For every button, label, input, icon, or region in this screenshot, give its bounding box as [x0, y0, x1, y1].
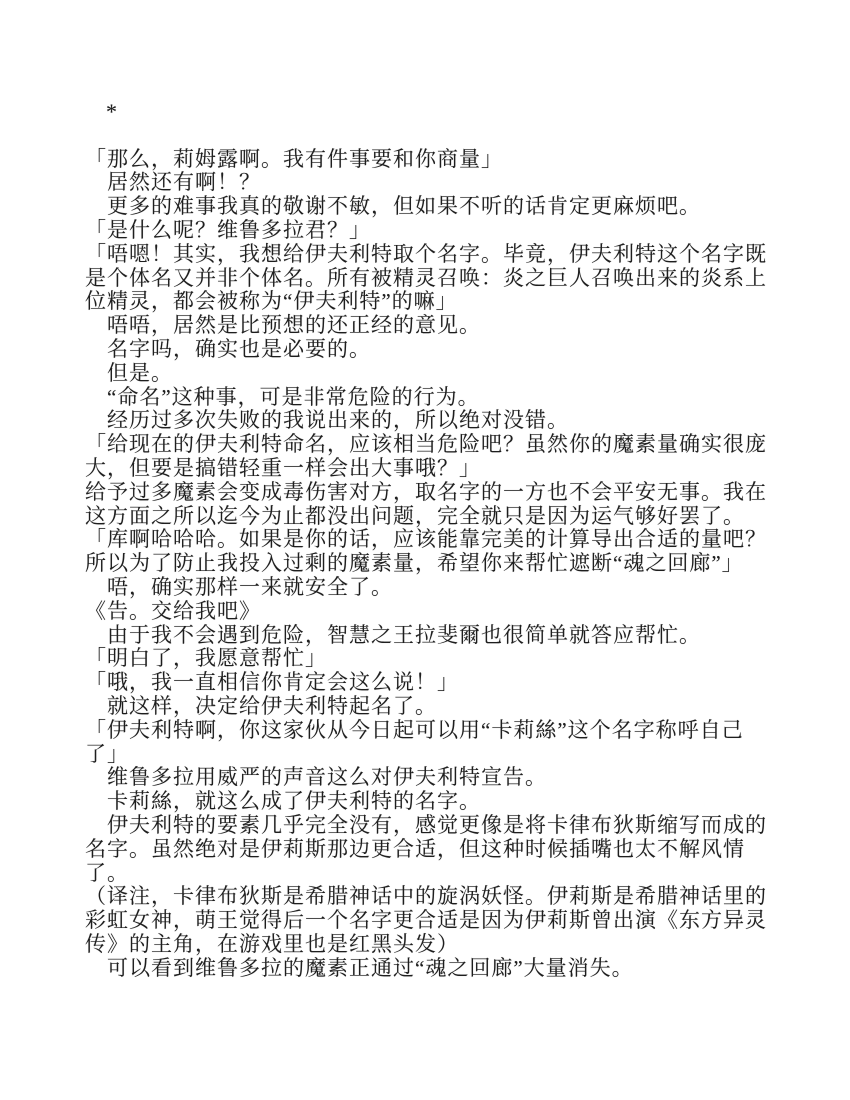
text-line: 就这样，决定给伊夫利特起名了。: [85, 695, 775, 719]
text-lines: 「那么，莉姆露啊。我有件事要和你商量」居然还有啊！？更多的难事我真的敬谢不敏，但…: [85, 148, 775, 981]
text-line: 位精灵，都会被称为“伊夫利特”的嘛」: [85, 290, 775, 314]
text-line: 居然还有啊！？: [85, 171, 775, 195]
text-line: （译注，卡律布狄斯是希腊神话中的旋涡妖怪。伊莉斯是希腊神话里的: [85, 885, 775, 909]
text-line: 名字。虽然绝对是伊莉斯那边更合适，但这种时候插嘴也太不解风情: [85, 838, 775, 862]
text-line: 「那么，莉姆露啊。我有件事要和你商量」: [85, 148, 775, 172]
text-line: 「给现在的伊夫利特命名，应该相当危险吧？虽然你的魔素量确实很庞: [85, 433, 775, 457]
text-line: 伊夫利特的要素几乎完全没有，感觉更像是将卡律布狄斯缩写而成的: [85, 814, 775, 838]
text-line: 是个体名又并非个体名。所有被精灵召唤：炎之巨人召唤出来的炎系上: [85, 267, 775, 291]
text-line: 更多的难事我真的敬谢不敏，但如果不听的话肯定更麻烦吧。: [85, 195, 775, 219]
text-line: 「伊夫利特啊，你这家伙从今日起可以用“卡莉絲”这个名字称呼自己: [85, 719, 775, 743]
text-line: 这方面之所以迄今为止都没出问题，完全就只是因为运气够好罢了。: [85, 505, 775, 529]
section-divider-asterisk: *: [85, 100, 775, 124]
text-block: * 「那么，莉姆露啊。我有件事要和你商量」居然还有啊！？更多的难事我真的敬谢不敏…: [85, 100, 775, 980]
text-line: 「是什么呢？维鲁多拉君？」: [85, 219, 775, 243]
text-line: 「哦，我一直相信你肯定会这么说！」: [85, 671, 775, 695]
text-line: 《告。交给我吧》: [85, 600, 775, 624]
text-line: 卡莉絲，就这么成了伊夫利特的名字。: [85, 790, 775, 814]
text-line: 「唔嗯！其实，我想给伊夫利特取个名字。毕竟，伊夫利特这个名字既: [85, 243, 775, 267]
text-line: 「库啊哈哈哈。如果是你的话，应该能靠完美的计算导出合适的量吧？: [85, 528, 775, 552]
text-line: 大，但要是搞错轻重一样会出大事哦？」: [85, 457, 775, 481]
text-line: 所以为了防止我投入过剩的魔素量，希望你来帮忙遮断“魂之回廊”」: [85, 552, 775, 576]
text-line: 经历过多次失败的我说出来的，所以绝对没错。: [85, 409, 775, 433]
text-line: 由于我不会遇到危险，智慧之王拉斐爾也很简单就答应帮忙。: [85, 624, 775, 648]
text-line: 了。: [85, 862, 775, 886]
text-line: 了」: [85, 743, 775, 767]
text-line: 名字吗，确实也是必要的。: [85, 338, 775, 362]
text-line: 唔，确实那样一来就安全了。: [85, 576, 775, 600]
text-line: 唔唔，居然是比预想的还正经的意见。: [85, 314, 775, 338]
text-line: 但是。: [85, 362, 775, 386]
text-line: 可以看到维鲁多拉的魔素正通过“魂之回廊”大量消失。: [85, 957, 775, 981]
text-line: 维鲁多拉用威严的声音这么对伊夫利特宣告。: [85, 766, 775, 790]
ebook-page: * 「那么，莉姆露啊。我有件事要和你商量」居然还有啊！？更多的难事我真的敬谢不敏…: [0, 0, 850, 1100]
text-line: 传》的主角，在游戏里也是红黑头发）: [85, 933, 775, 957]
text-line: “命名”这种事，可是非常危险的行为。: [85, 386, 775, 410]
text-line: 彩虹女神，萌王觉得后一个名字更合适是因为伊莉斯曾出演《东方异灵: [85, 909, 775, 933]
text-line: 「明白了，我愿意帮忙」: [85, 647, 775, 671]
text-line: 给予过多魔素会变成毒伤害对方，取名字的一方也不会平安无事。我在: [85, 481, 775, 505]
